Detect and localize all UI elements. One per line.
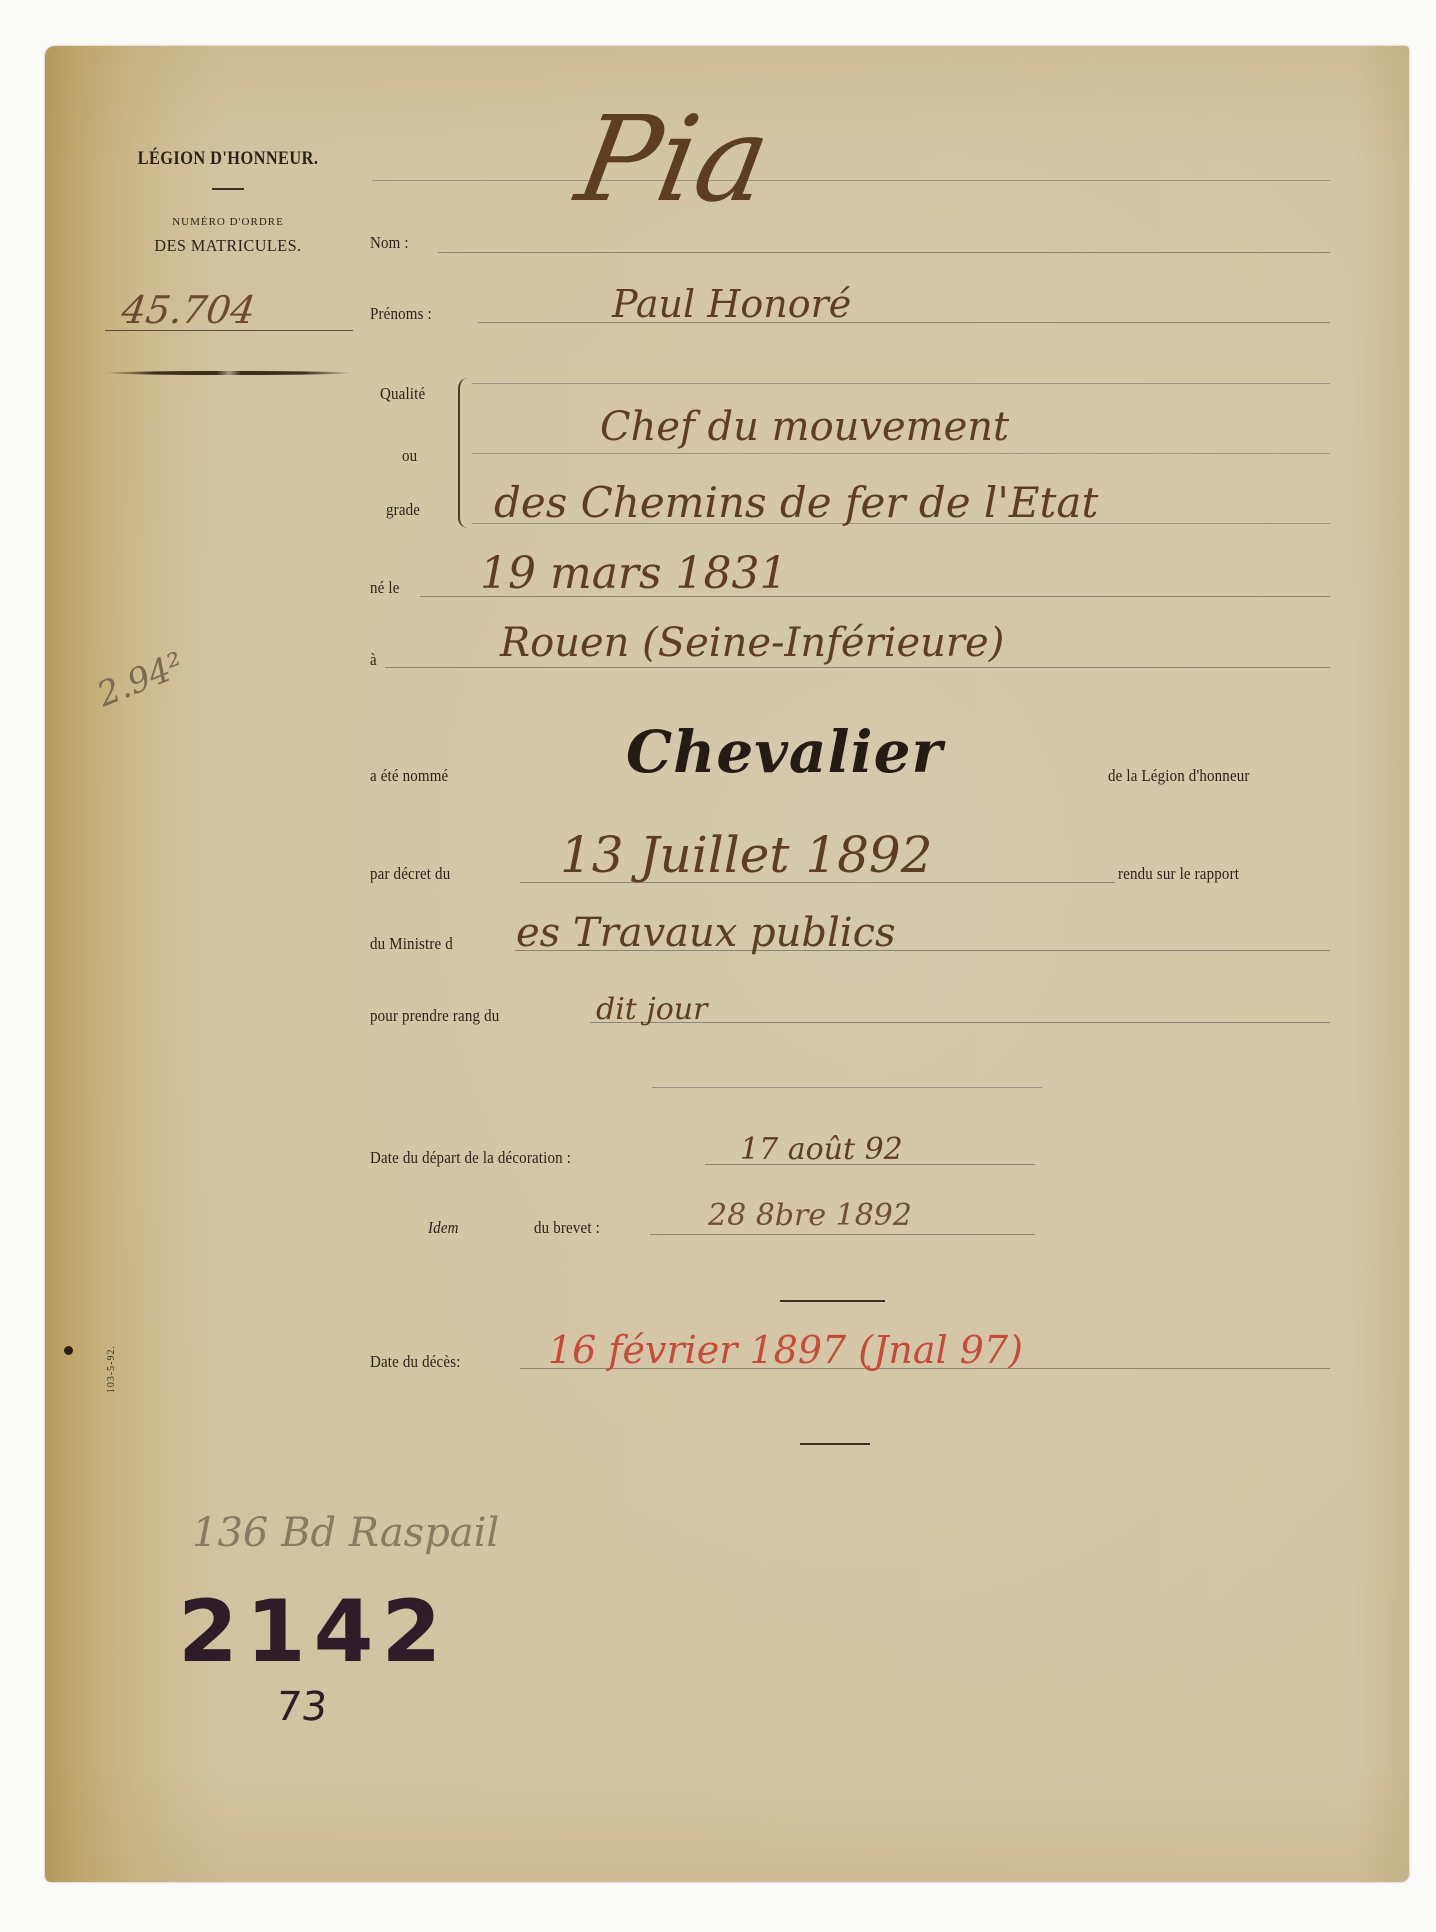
rapport-label: rendu sur le rapport xyxy=(1118,864,1239,884)
ne-le-label: né le xyxy=(370,578,400,598)
lieu-value: Rouen (Seine-Inférieure) xyxy=(500,620,1004,666)
top-rule xyxy=(372,180,1330,181)
qualite-value-line1: Chef du mouvement xyxy=(600,404,1009,450)
short-divider-1 xyxy=(780,1300,885,1302)
nom-label: Nom : xyxy=(370,233,409,253)
idem-label: Idem xyxy=(428,1218,459,1238)
stamp-number: 2142 xyxy=(178,1582,449,1682)
ou-label: ou xyxy=(402,446,417,466)
legion-label: de la Légion d'honneur xyxy=(1108,766,1250,786)
deces-label: Date du décès: xyxy=(370,1352,461,1372)
ministre-label: du Ministre d xyxy=(370,934,453,954)
depart-label: Date du départ de la décoration : xyxy=(370,1148,571,1168)
printer-mark: 103-5-92. xyxy=(106,1345,117,1393)
brevet-label: du brevet : xyxy=(534,1218,600,1238)
lieu-rule xyxy=(385,667,1330,668)
header-subtitle-2: DES MATRICULES. xyxy=(105,236,352,256)
header-divider xyxy=(212,188,244,190)
deces-value: 16 février 1897 (Jnal 97) xyxy=(548,1328,1023,1372)
qualite-rule-1 xyxy=(472,383,1330,384)
punch-dot xyxy=(64,1346,73,1355)
nom-value: Pia xyxy=(570,100,778,218)
ministre-value: es Travaux publics xyxy=(516,910,896,956)
matricule-rule xyxy=(105,330,353,331)
prenoms-label: Prénoms : xyxy=(370,304,432,324)
nomme-label: a été nommé xyxy=(370,766,448,786)
ornament-divider xyxy=(105,371,353,375)
prenoms-rule xyxy=(478,322,1330,323)
rank-chevalier: Chevalier xyxy=(626,718,943,786)
decret-value: 13 Juillet 1892 xyxy=(560,826,933,884)
grade-label: grade xyxy=(386,500,420,520)
ne-le-value: 19 mars 1831 xyxy=(480,548,788,599)
decret-label: par décret du xyxy=(370,864,450,884)
rang-value: dit jour xyxy=(596,992,707,1027)
address-note: 136 Bd Raspail xyxy=(192,1510,499,1556)
qualite-label: Qualité xyxy=(380,384,425,404)
brevet-value: 28 8bre 1892 xyxy=(708,1198,912,1233)
rang-label: pour prendre rang du xyxy=(370,1006,499,1026)
short-divider-2 xyxy=(800,1443,870,1445)
section-rule xyxy=(652,1087,1042,1088)
brevet-rule xyxy=(650,1234,1035,1235)
qualite-value-line2: des Chemins de fer de l'Etat xyxy=(494,478,1098,527)
stamp-sub-number: 73 xyxy=(274,1684,330,1730)
matricule-number: 45.704 xyxy=(119,288,258,332)
qualite-rule-2 xyxy=(472,453,1330,454)
depart-value: 17 août 92 xyxy=(740,1132,903,1167)
nom-rule xyxy=(438,252,1330,253)
lieu-label: à xyxy=(370,650,377,670)
prenoms-value: Paul Honoré xyxy=(612,282,851,326)
header-subtitle-1: NUMÉRO D'ORDRE xyxy=(98,216,358,228)
header-title: LÉGION D'HONNEUR. xyxy=(116,148,340,170)
